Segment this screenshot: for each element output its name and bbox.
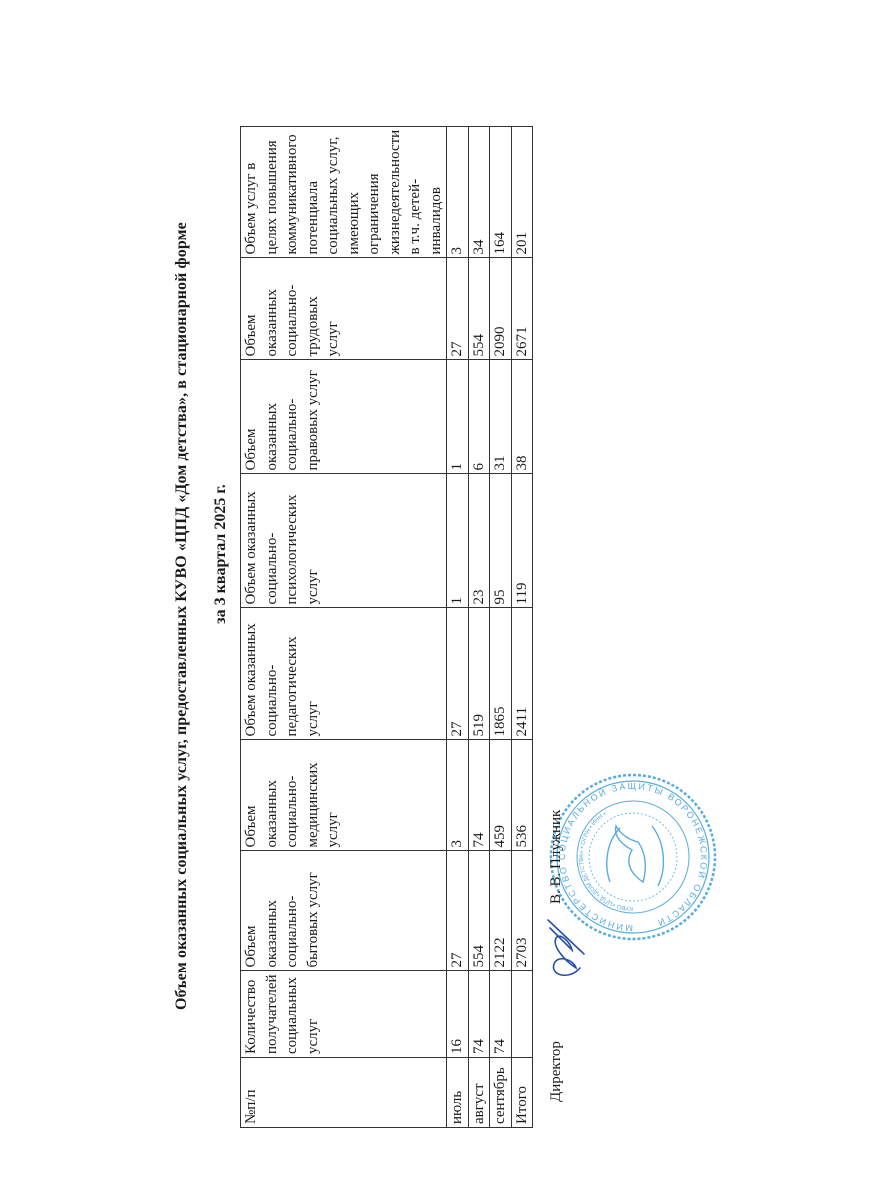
table-header-row: №п/п Количество получателей социальных у… [241, 126, 447, 1127]
director-title: Директор [548, 1041, 565, 1102]
cell-value: 459 [490, 740, 512, 851]
services-table: №п/п Количество получателей социальных у… [240, 126, 533, 1128]
svg-text:КУВО «ЦПД «ДОМ ДЕТСТВА» • ОГРН: КУВО «ЦПД «ДОМ ДЕТСТВА» • ОГРН • ИНН • [579, 811, 633, 911]
cell-recipients [511, 971, 533, 1058]
cell-recipients: 74 [468, 971, 490, 1058]
cell-value: 519 [468, 608, 490, 740]
cell-value: 1865 [490, 608, 512, 740]
table-row: сентябрь 74 2122 459 1865 95 31 2090 164 [490, 126, 512, 1127]
cell-value: 2411 [511, 608, 533, 740]
header-psychological-services: Объем оказанных социально-психологически… [241, 474, 447, 608]
row-label: август [468, 1058, 490, 1128]
row-label: Итого [511, 1058, 533, 1128]
header-number: №п/п [241, 1058, 447, 1128]
cell-value: 536 [511, 740, 533, 851]
cell-value: 23 [468, 474, 490, 608]
cell-value: 201 [511, 126, 533, 258]
official-stamp-icon: МИНИСТЕРСТВО СОЦИАЛЬНОЙ ЗАЩИТЫ ВОРОНЕЖСК… [548, 772, 718, 942]
cell-value: 3 [447, 126, 469, 258]
document-title: Объем оказанных социальных услуг, предос… [173, 170, 191, 1010]
cell-value: 164 [490, 126, 512, 258]
table-row: август 74 554 74 519 23 6 554 34 [468, 126, 490, 1127]
cell-value: 74 [468, 740, 490, 851]
cell-value: 1 [447, 360, 469, 474]
header-labor-services: Объем оказанных социально-трудовых услуг [241, 258, 447, 360]
cell-value: 119 [511, 474, 533, 608]
cell-value: 27 [447, 608, 469, 740]
header-household-services: Объем оказанных социально-бытовых услуг [241, 851, 447, 971]
header-recipients: Количество получателей социальных услуг [241, 971, 447, 1058]
header-legal-services: Объем оказанных социально-правовых услуг [241, 360, 447, 474]
header-pedagogical-services: Объем оказанных социально-педагогических… [241, 608, 447, 740]
cell-value: 2122 [490, 851, 512, 971]
cell-value: 1 [447, 474, 469, 608]
row-label: сентябрь [490, 1058, 512, 1128]
table-total-row: Итого 2703 536 2411 119 38 2671 201 [511, 126, 533, 1127]
cell-value: 2090 [490, 258, 512, 360]
cell-value: 554 [468, 258, 490, 360]
cell-value: 554 [468, 851, 490, 971]
table-row: июль 16 27 3 27 1 1 27 3 [447, 126, 469, 1127]
director-name: В. В. Плужник [548, 810, 565, 904]
document-subtitle: за 3 квартал 2025 г. [212, 0, 230, 1200]
cell-value: 38 [511, 360, 533, 474]
cell-value: 34 [468, 126, 490, 258]
header-communication-services: Объем услуг в целях повышения коммуникат… [241, 126, 447, 258]
cell-value: 6 [468, 360, 490, 474]
cell-recipients: 74 [490, 971, 512, 1058]
row-label: июль [447, 1058, 469, 1128]
cell-value: 3 [447, 740, 469, 851]
header-medical-services: Объем оказанных социально-медицинских ус… [241, 740, 447, 851]
cell-value: 27 [447, 258, 469, 360]
cell-value: 95 [490, 474, 512, 608]
cell-value: 31 [490, 360, 512, 474]
cell-recipients: 16 [447, 971, 469, 1058]
cell-value: 27 [447, 851, 469, 971]
cell-value: 2703 [511, 851, 533, 971]
document-page: Объем оказанных социальных услуг, предос… [0, 0, 873, 1200]
cell-value: 2671 [511, 258, 533, 360]
